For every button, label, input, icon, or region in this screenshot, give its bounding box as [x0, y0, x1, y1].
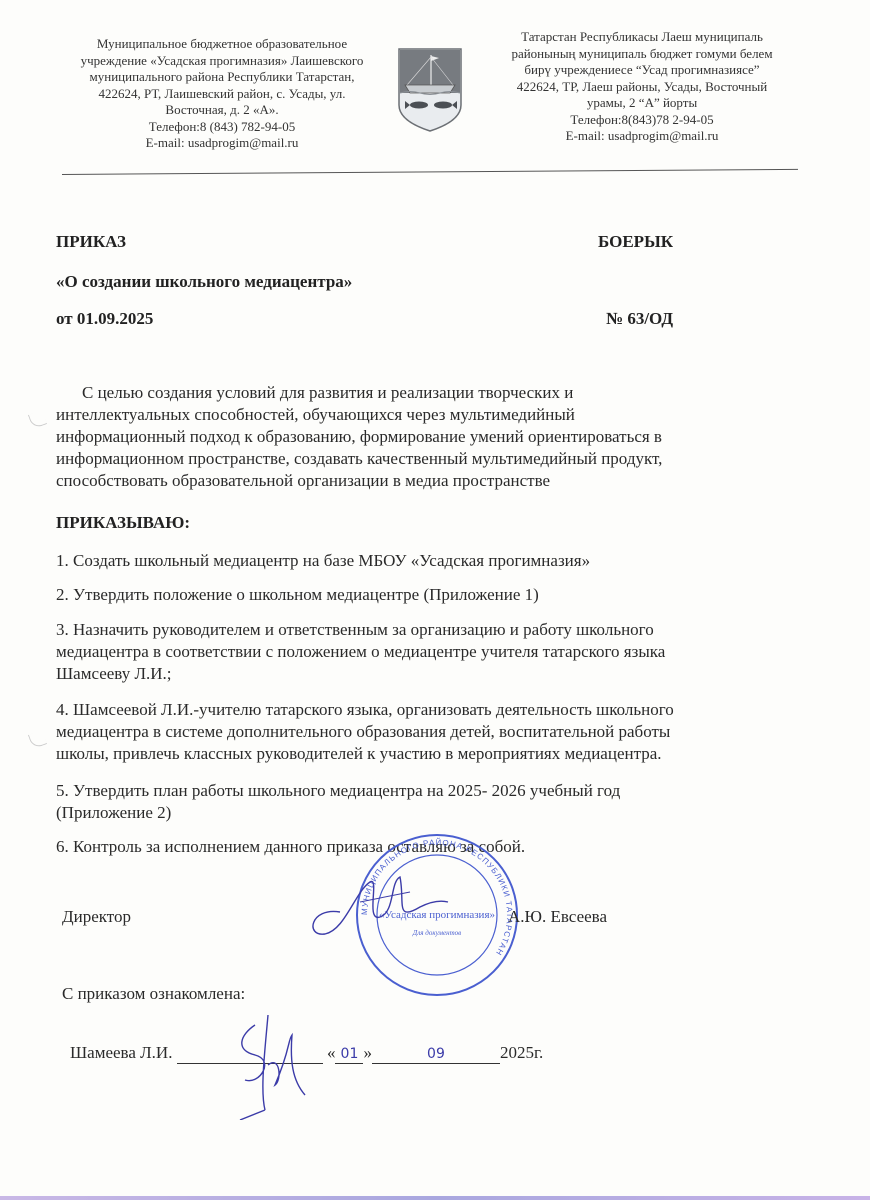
preamble-line: информационном пространстве, создавать к…: [56, 448, 662, 470]
order-item-5-line: 5. Утвердить план работы школьного медиа…: [56, 780, 620, 802]
director-signature: [300, 862, 450, 942]
order-date: от 01.09.2025: [56, 309, 153, 329]
order-item-5-line: (Приложение 2): [56, 802, 171, 824]
scan-edge: [0, 1196, 870, 1200]
header-line: муниципального района Республики Татарст…: [62, 69, 382, 86]
header-left-russian: Муниципальное бюджетное образовательное …: [62, 36, 382, 152]
day-field: 01: [335, 1043, 363, 1064]
year-suffix: 2025г.: [500, 1043, 543, 1062]
punch-hole-mark: [28, 410, 47, 429]
orders-heading: ПРИКАЗЫВАЮ:: [56, 513, 190, 533]
acknowledger-signature: [220, 1010, 330, 1120]
header-line: Татарстан Республикасы Лаеш муниципаль: [482, 29, 802, 46]
header-line: урамы, 2 “А” йорты: [482, 95, 802, 112]
order-item-3-line: 3. Назначить руководителем и ответственн…: [56, 619, 654, 641]
header-phone: Телефон:8(843)78 2-94-05: [482, 112, 802, 129]
punch-hole-mark: [28, 730, 47, 749]
order-item-3-line: медиацентра в соответствии с положением …: [56, 641, 665, 663]
header-line: 422624, ТР, Лаеш районы, Усады, Восточны…: [482, 79, 802, 96]
header-right-tatar: Татарстан Республикасы Лаеш муниципаль р…: [482, 29, 802, 145]
order-title-tt: БОЕРЫК: [598, 232, 673, 252]
order-title-ru: ПРИКАЗ: [56, 232, 126, 252]
close-quote: »: [363, 1043, 372, 1062]
header-phone: Телефон:8 (843) 782-94-05: [62, 119, 382, 136]
header-line: районының муниципаль бюджет гомуми белем: [482, 46, 802, 63]
header-email: E-mail: usadprogim@mail.ru: [62, 135, 382, 152]
header-line: бирү учреждениесе “Усад прогимназиясе”: [482, 62, 802, 79]
order-item-4-line: 4. Шамсеевой Л.И.-учителю татарского язы…: [56, 699, 674, 721]
order-item-3-line: Шамсееву Л.И.;: [56, 663, 172, 685]
preamble-line: С целью создания условий для развития и …: [82, 382, 573, 404]
order-item-4-line: школы, привлечь классных руководителей к…: [56, 743, 662, 765]
header-divider: [62, 169, 798, 175]
acknowledgement-label: С приказом ознакомлена:: [62, 983, 245, 1005]
header-line: учреждение «Усадская прогимназия» Лаишев…: [62, 53, 382, 70]
order-item-1: 1. Создать школьный медиацентр на базе М…: [56, 550, 590, 572]
order-item-4-line: медиацентра в системе дополнительного об…: [56, 721, 670, 743]
order-item-2: 2. Утвердить положение о школьном медиац…: [56, 584, 539, 606]
acknowledger-name: Шамеева Л.И.: [70, 1043, 172, 1062]
month-field: 09: [372, 1043, 500, 1064]
director-name: А.Ю. Евсеева: [508, 906, 607, 928]
preamble-line: интеллектуальных способностей, обучающих…: [56, 404, 575, 426]
coat-of-arms-icon: [395, 45, 465, 133]
order-number: № 63/ОД: [606, 309, 673, 329]
preamble-line: способствовать образовательной организац…: [56, 470, 550, 492]
header-line: Муниципальное бюджетное образовательное: [62, 36, 382, 53]
director-position: Директор: [62, 906, 131, 928]
header-email: E-mail: usadprogim@mail.ru: [482, 128, 802, 145]
header-line: Восточная, д. 2 «А».: [62, 102, 382, 119]
order-subject: «О создании школьного медиацентра»: [56, 272, 352, 292]
header-line: 422624, РТ, Лаишевский район, с. Усады, …: [62, 86, 382, 103]
preamble-line: информационный подход к образованию, фор…: [56, 426, 662, 448]
